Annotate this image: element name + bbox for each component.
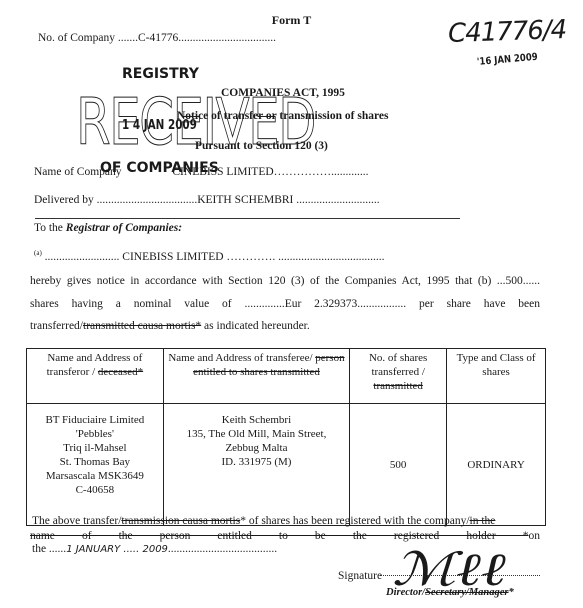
signatory-role: Director/Secretary/Manager* (386, 587, 514, 598)
table-header-row: Name and Address of transferor / decease… (27, 349, 546, 404)
cell-shares: 500 (350, 404, 447, 526)
notice-company-line: (a) .......................... CINEBISS … (34, 249, 385, 263)
footer-line-2: name of the person entitled to be the re… (30, 530, 540, 542)
struck-transmitted-text: transmitted causa mortis* (83, 320, 201, 332)
delivered-by-line: Delivered by ...........................… (34, 194, 380, 206)
received-date-stamp: '16 JAN 2009 (477, 52, 539, 68)
signature-label: Signature (338, 570, 382, 582)
notice-line-2: shares having a nominal value of .......… (30, 298, 540, 310)
delivered-by-value: ...................................KEITH… (97, 194, 380, 206)
pursuant-line: Pursuant to Section 120 (3) (195, 140, 328, 152)
delivered-by-label: Delivered by (34, 194, 94, 206)
table-row: BT Fiduciaire Limited 'Pebbles' Triq il-… (27, 404, 546, 526)
header-shares: No. of shares transferred / transmitted (350, 349, 447, 404)
notice-subtitle: Notice of transfer or transmission of sh… (177, 110, 388, 122)
company-number-value: .......C-41776..........................… (118, 32, 276, 44)
cell-transferee: Keith Schembri 135, The Old Mill, Main S… (163, 404, 350, 526)
cell-transferor: BT Fiduciaire Limited 'Pebbles' Triq il-… (27, 404, 164, 526)
addressee-line: To the Registrar of Companies: (34, 222, 182, 234)
notice-company-name: .......................... CINEBISS LIMI… (45, 251, 385, 263)
divider-line (35, 218, 460, 219)
act-heading: COMPANIES ACT, 1995 (221, 87, 345, 99)
stamp-of-companies: OF COMPANIES (100, 160, 219, 176)
header-transferor: Name and Address of transferor / decease… (27, 349, 164, 404)
addressee-label: To the (34, 222, 63, 234)
transfer-table: Name and Address of transferor / decease… (26, 348, 546, 526)
handwritten-reference: C41776/4 (448, 15, 567, 49)
transferred-text: transferred/ (30, 320, 83, 332)
cell-type: ORDINARY (447, 404, 546, 526)
hereunder-text: as indicated hereunder. (201, 320, 310, 332)
stamp-registry-text: REGISTRY (122, 66, 199, 82)
registrar-label: Registrar of Companies: (66, 222, 182, 234)
notice-line-3: transferred/transmitted causa mortis* as… (30, 320, 310, 332)
notice-line-1: hereby gives notice in accordance with S… (30, 275, 540, 287)
header-transferee: Name and Address of transferee/ person e… (163, 349, 350, 404)
company-number-line: No. of Company .......C-41776...........… (38, 32, 276, 44)
marker-a: (a) (34, 249, 42, 257)
footer-line-1: The above transfer/transmission causa mo… (32, 515, 544, 527)
handwritten-date: 1 JANUARY ..... 2009 (66, 544, 168, 555)
company-number-label: No. of Company (38, 32, 115, 44)
header-type: Type and Class of shares (447, 349, 546, 404)
footer-date-line: the ......1 JANUARY ..... 2009..........… (32, 543, 277, 555)
